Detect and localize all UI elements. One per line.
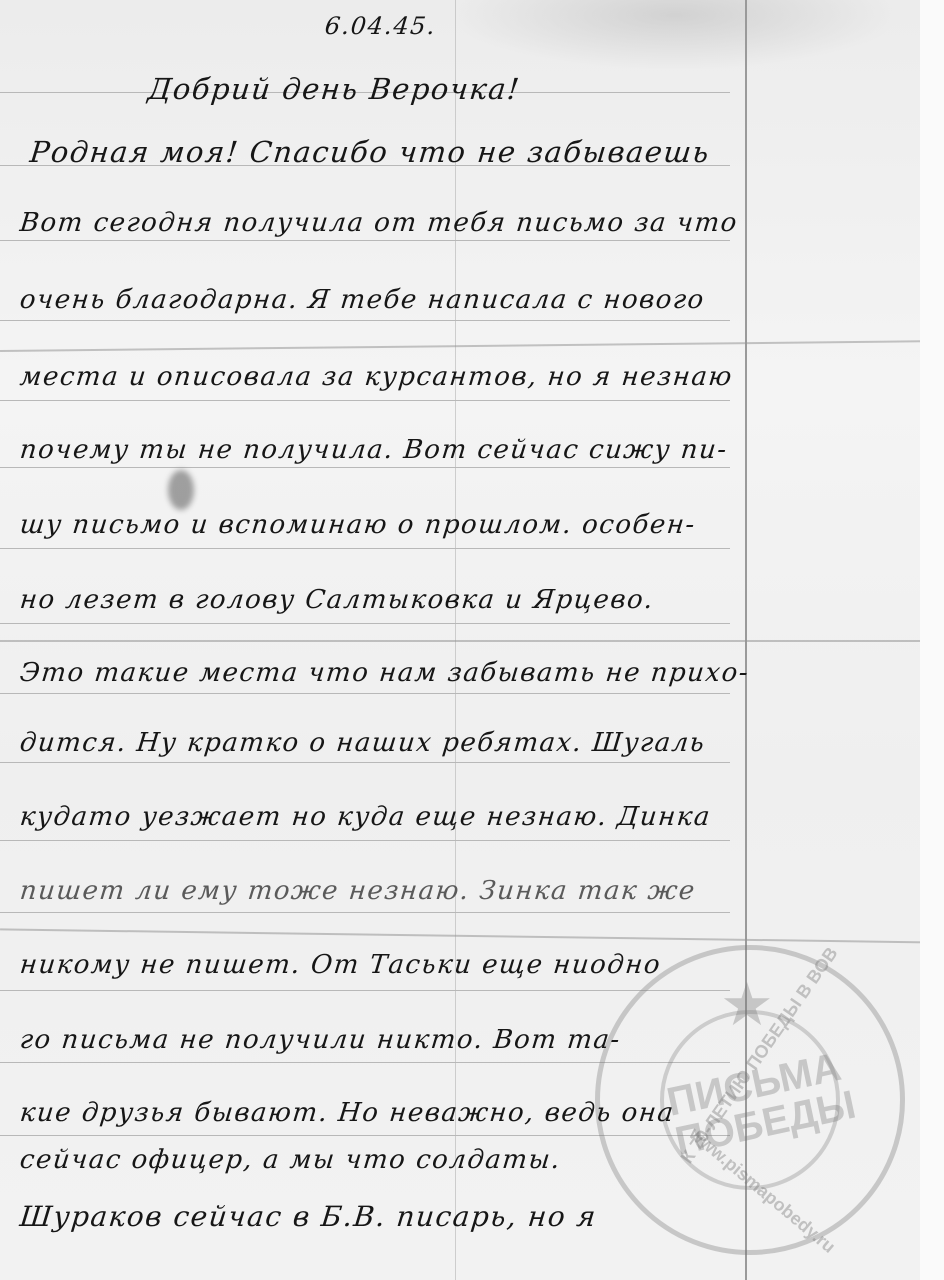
letter-line: дится. Ну кратко о наших ребятах. Шугаль xyxy=(18,728,707,758)
ruled-line xyxy=(0,320,730,321)
fold-crease-horizontal xyxy=(0,928,944,943)
letter-line: кудато уезжает но куда еще незнаю. Динка xyxy=(18,802,712,832)
ruled-line xyxy=(0,693,730,694)
ruled-line xyxy=(0,623,730,624)
letter-line: пишет ли ему тоже незнаю. Зинка так же xyxy=(18,876,697,906)
ruled-line xyxy=(0,240,730,241)
fold-crease-horizontal xyxy=(0,640,944,642)
ruled-line xyxy=(0,762,730,763)
ruled-line xyxy=(0,840,730,841)
letter-greeting: Добрий день Верочка! xyxy=(146,72,522,106)
paper-shadow xyxy=(450,0,900,70)
letter-line: очень благодарна. Я тебе написала с ново… xyxy=(18,285,706,315)
letter-line: места и описовала за курсантов, но я нез… xyxy=(18,362,734,392)
ink-smudge xyxy=(168,470,194,510)
ruled-line xyxy=(0,912,730,913)
ruled-line xyxy=(0,548,730,549)
ruled-line xyxy=(0,990,730,991)
letter-line: никому не пишет. От Таськи еще ниодно xyxy=(18,950,662,980)
letter-page: ★ ПИСЬМА ПОБЕДЫ К 70-ЛЕТИЮ ПОБЕДЫ В ВОВ … xyxy=(0,0,944,1280)
letter-date: 6.04.45. xyxy=(324,12,438,40)
letter-line: шу письмо и вспоминаю о прошлом. особен- xyxy=(18,510,697,540)
letter-line: сейчас офицер, а мы что солдаты. xyxy=(18,1145,562,1175)
letter-line: кие друзья бывают. Но неважно, ведь она xyxy=(18,1098,676,1128)
ruled-line xyxy=(0,400,730,401)
letter-line: но лезет в голову Салтыковка и Ярцево. xyxy=(18,585,655,615)
letter-line: Родная моя! Спасибо что не забываешь xyxy=(28,135,711,169)
letter-line: Шураков сейчас в Б.В. писарь, но я xyxy=(18,1200,598,1233)
letter-line: почему ты не получила. Вот сейчас сижу п… xyxy=(18,435,729,465)
fold-crease-horizontal xyxy=(0,340,944,352)
ruled-line xyxy=(0,467,730,468)
letter-line: Вот сегодня получила от тебя письмо за ч… xyxy=(18,208,739,238)
letter-line: Это такие места что нам забывать не прих… xyxy=(18,658,750,688)
letter-line: го письма не получили никто. Вот та- xyxy=(18,1025,622,1055)
